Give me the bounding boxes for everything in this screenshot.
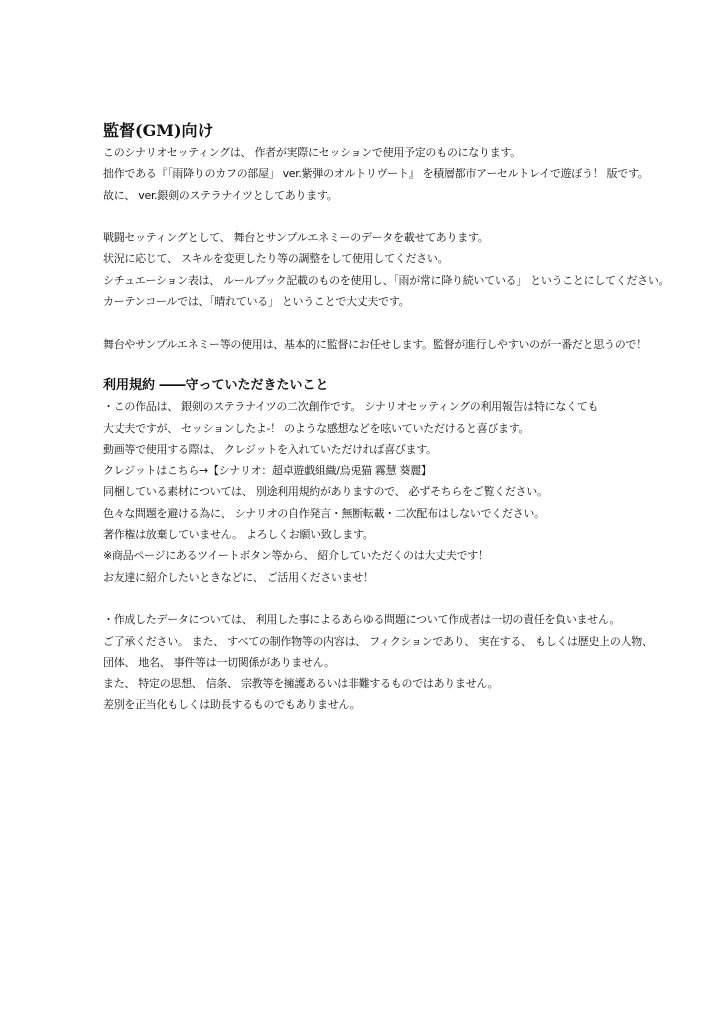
- text-line: 著作権は放棄していません。 よろしくお願い致します。: [103, 524, 663, 545]
- section-battle-setting: 戦闘セッティングとして、 舞台とサンプルエネミーのデータを載せてあります。 状況…: [103, 227, 663, 312]
- spacer: [103, 206, 663, 227]
- text-line: 動画等で使用する際は、 クレジットを入れていただければ喜びます。: [103, 439, 663, 460]
- text-line: また、 特定の思想、 信条、 宗教等を擁護あるいは非難するものではありません。: [103, 673, 663, 694]
- text-line: 拙作である『「雨降りのカフの部屋」 ver.紫弾のオルトリヴート』 を積層都市ア…: [103, 163, 663, 184]
- text-line: 状況に応じて、 スキルを変更したり等の調整をして使用してください。: [103, 248, 663, 269]
- credit-line: クレジットはこちら→【シナリオ：超卓遊戯組織/烏兎猫 霧慧 葵麗】: [103, 460, 663, 481]
- text-line: ご了承ください。 また、 すべての制作物等の内容は、 フィクションであり、 実在…: [103, 631, 663, 652]
- text-line: 故に、 ver.銀剣のステラナイツとしてあります。: [103, 185, 663, 206]
- text-line: このシナリオセッティングは、 作者が実際にセッションで使用予定のものになります。: [103, 142, 663, 163]
- text-line: お友達に紹介したいときなどに、 ご活用くださいませ！: [103, 567, 663, 588]
- text-line: ・作成したデータについては、 利用した事によるあらゆる問題について作成者は一切の…: [103, 609, 663, 630]
- text-line: 団体、 地名、 事件等は一切関係がありません。: [103, 652, 663, 673]
- text-line: シチュエーション表は、 ルールブック記載のものを使用し、「雨が常に降り続いている…: [103, 270, 663, 291]
- text-line: 差別を正当化もしくは助長するものでもありません。: [103, 694, 663, 715]
- spacer: [103, 355, 663, 376]
- section-disclaimer: ・作成したデータについては、 利用した事によるあらゆる問題について作成者は一切の…: [103, 609, 663, 715]
- text-line: カーテンコールでは、「晴れている」 ということで大丈夫です。: [103, 291, 663, 312]
- text-line: 舞台やサンプルエネミー等の使用は、基本的に監督にお任せします。監督が進行しやすい…: [103, 334, 663, 355]
- text-line: 大丈夫ですが、 セッションしたよ-！ のような感想などを呟いていただけると喜びま…: [103, 418, 663, 439]
- text-line: ※商品ページにあるツイートボタン等から、 紹介していただくのは大丈夫です！: [103, 545, 663, 566]
- text-line: 同梱している素材については、 別途利用規約がありますので、 必ずそちらをご覧くだ…: [103, 481, 663, 502]
- document-page: 監督(GM)向け このシナリオセッティングは、 作者が実際にセッションで使用予定…: [103, 120, 663, 716]
- heading-terms: 利用規約 ――守っていただきたいこと: [103, 376, 663, 396]
- section-gm: 監督(GM)向け このシナリオセッティングは、 作者が実際にセッションで使用予定…: [103, 120, 663, 206]
- section-terms: 利用規約 ――守っていただきたいこと ・この作品は、 銀剣のステラナイツの二次創…: [103, 376, 663, 588]
- section-usage-note: 舞台やサンプルエネミー等の使用は、基本的に監督にお任せします。監督が進行しやすい…: [103, 334, 663, 355]
- text-line: 色々な問題を避ける為に、 シナリオの自作発言・無断転載・二次配布はしないでくださ…: [103, 503, 663, 524]
- text-line: 戦闘セッティングとして、 舞台とサンプルエネミーのデータを載せてあります。: [103, 227, 663, 248]
- spacer: [103, 588, 663, 609]
- spacer: [103, 312, 663, 333]
- text-line: ・この作品は、 銀剣のステラナイツの二次創作です。 シナリオセッティングの利用報…: [103, 396, 663, 417]
- heading-gm: 監督(GM)向け: [103, 120, 663, 142]
